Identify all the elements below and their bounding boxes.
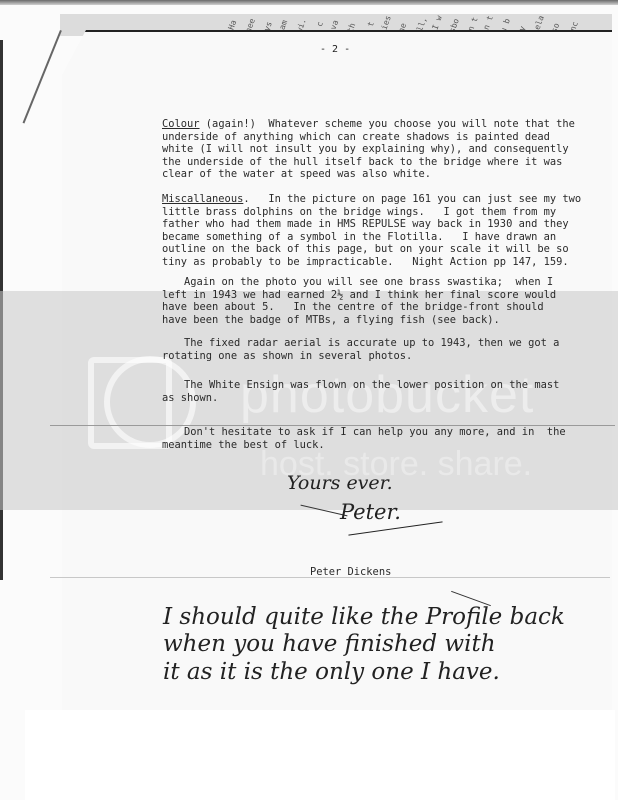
handwritten-signature: Peter. (340, 500, 401, 524)
postscript-line: when you have finished with (163, 631, 496, 657)
previous-sheet-edge (0, 0, 618, 5)
paragraph-colour: Colour (again!) Whatever scheme you choo… (162, 118, 575, 181)
paragraph-radar: The fixed radar aerial is accurate up to… (162, 337, 559, 362)
heading-miscellaneous: Miscallaneous (162, 193, 243, 205)
page-number: - 2 - (320, 44, 350, 55)
handwritten-valediction: Yours ever. (287, 472, 393, 494)
scan-bottom-margin (25, 710, 615, 800)
paragraph-closing: Don't hesitate to ask if I can help you … (162, 426, 566, 451)
page-corner-fold (23, 30, 62, 123)
postscript-line: it as it is the only one I have. (163, 659, 500, 685)
postscript-line: I should quite like the Profile back (163, 604, 565, 630)
paragraph-ensign: The White Ensign was flown on the lower … (162, 379, 559, 404)
typed-signatory-name: Peter Dickens (310, 566, 391, 579)
scanned-letter: Haneemysamwi.t cvatht tiesneull,I wsboen… (0, 0, 618, 800)
paragraph-miscellaneous: Miscallaneous. In the picture on page 16… (162, 193, 581, 269)
heading-colour: Colour (162, 118, 200, 130)
paragraph-swastika: Again on the photo you will see one bras… (162, 276, 556, 326)
